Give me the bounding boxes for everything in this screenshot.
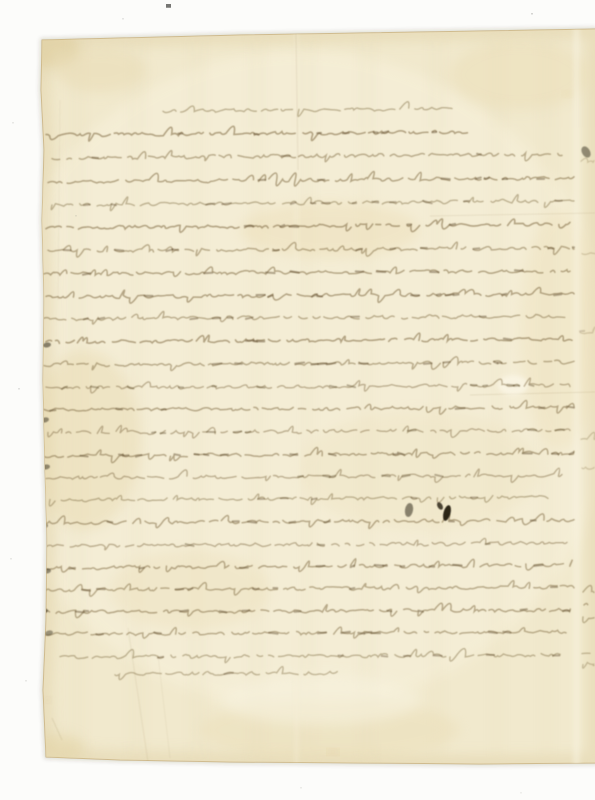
- manuscript-scan: Scanned verso page of an aged 17th-18th …: [0, 0, 595, 800]
- paper-sheet: [0, 28, 595, 768]
- scan-render: [0, 0, 595, 800]
